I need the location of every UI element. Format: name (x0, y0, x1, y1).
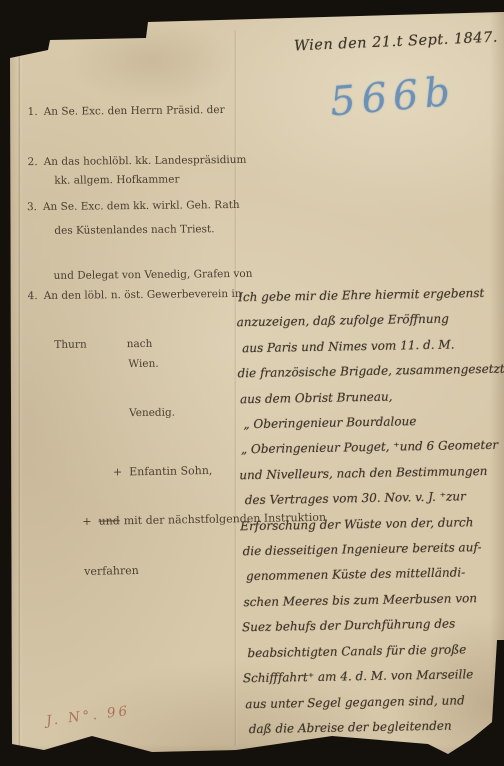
body-line: schen Meeres bis zum Meerbusen von (243, 586, 503, 616)
letter-body: Ich gebe mir die Ehre hiermit ergebenst … (236, 281, 504, 743)
body-line: daß die Abreise der begleitenden (249, 713, 504, 743)
manuscript-page: Wien den 21.t Sept. 1847. 566b 1.An Se. … (0, 0, 504, 766)
photo-background: Wien den 21.t Sept. 1847. 566b 1.An Se. … (0, 0, 504, 766)
body-line: „ Oberingenieur Pouget, ⁺und 6 Geometer (241, 433, 501, 463)
archive-number-blue: 566b (328, 69, 457, 126)
body-line: beabsichtigten Canals für die große (247, 636, 504, 666)
body-line: des Vertrages vom 30. Nov. v. J. ⁺zur (245, 484, 504, 514)
note-line: An Se. Exc. dem kk. wirkl. Geh. Rath (43, 199, 240, 213)
body-line: aus Paris und Nimes vom 11. d. M. (242, 331, 502, 361)
note-line: Wien. (28, 352, 242, 377)
fold-crease-left (18, 30, 22, 746)
plus-mark: + (113, 466, 122, 479)
insertion-text: Enfantin Sohn, (129, 464, 212, 478)
plus-mark: + (82, 515, 91, 528)
margin-note-4: 4.An den löbl. n. öst. Gewerbeverein in … (27, 237, 243, 423)
note-line: An den löbl. n. öst. Gewerbeverein in (44, 288, 242, 302)
margin-note-number: 3. (27, 201, 37, 213)
dateline: Wien den 21.t Sept. 1847. (294, 30, 498, 55)
body-line: Ich gebe mir die Ehre hiermit ergebenst (238, 281, 498, 311)
registry-number: J. N°. 96 (45, 703, 131, 729)
margin-note-number: 4. (28, 290, 38, 302)
struck-word: und (98, 514, 119, 527)
